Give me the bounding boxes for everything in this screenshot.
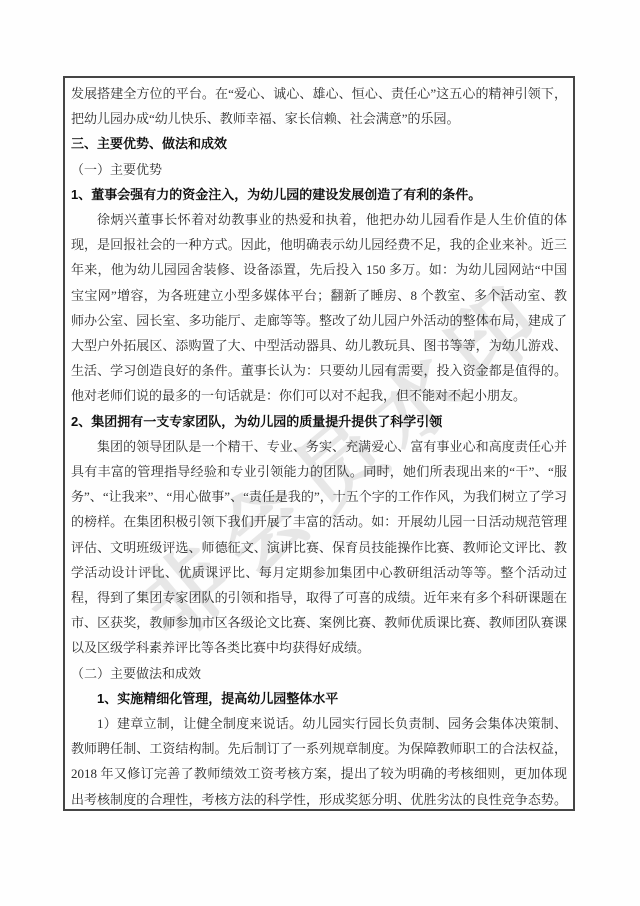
paragraph-platform-continuation: 发展搭建全方位的平台。在“爱心、诚心、雄心、恒心、责任心”这五心的精神引领下，把… <box>71 81 567 131</box>
subheading-main-practices: （二）主要做法和成效 <box>71 661 567 686</box>
paragraph-chairman-investment: 徐炳兴董事长怀着对幼教事业的热爱和执着，他把办幼儿园看作是人生价值的体现，是回报… <box>71 207 567 409</box>
heading-point-2-expert-team: 2、集团拥有一支专家团队，为幼儿园的质量提升提供了科学引领 <box>71 409 567 434</box>
heading-fine-management: 1、实施精细化管理，提高幼儿园整体水平 <box>71 686 567 711</box>
scanned-document-page: 非会员水印 发展搭建全方位的平台。在“爱心、诚心、雄心、恒心、责任心”这五心的精… <box>0 0 640 906</box>
paragraph-expert-team-activities: 集团的领导团队是一个精干、专业、务实、充满爱心、富有事业心和高度责任心并具有丰富… <box>71 434 567 661</box>
paragraph-rules-and-systems: 1）建章立制，让健全制度来说话。幼儿园实行园长负责制、园务会集体决策制、教师聘任… <box>71 711 567 811</box>
heading-section-three: 三、主要优势、做法和成效 <box>71 131 567 156</box>
document-cell: 发展搭建全方位的平台。在“爱心、诚心、雄心、恒心、责任心”这五心的精神引领下，把… <box>63 76 575 811</box>
subheading-main-advantages: （一）主要优势 <box>71 157 567 182</box>
heading-point-1-board-funding: 1、董事会强有力的资金注入，为幼儿园的建设发展创造了有利的条件。 <box>71 182 567 207</box>
